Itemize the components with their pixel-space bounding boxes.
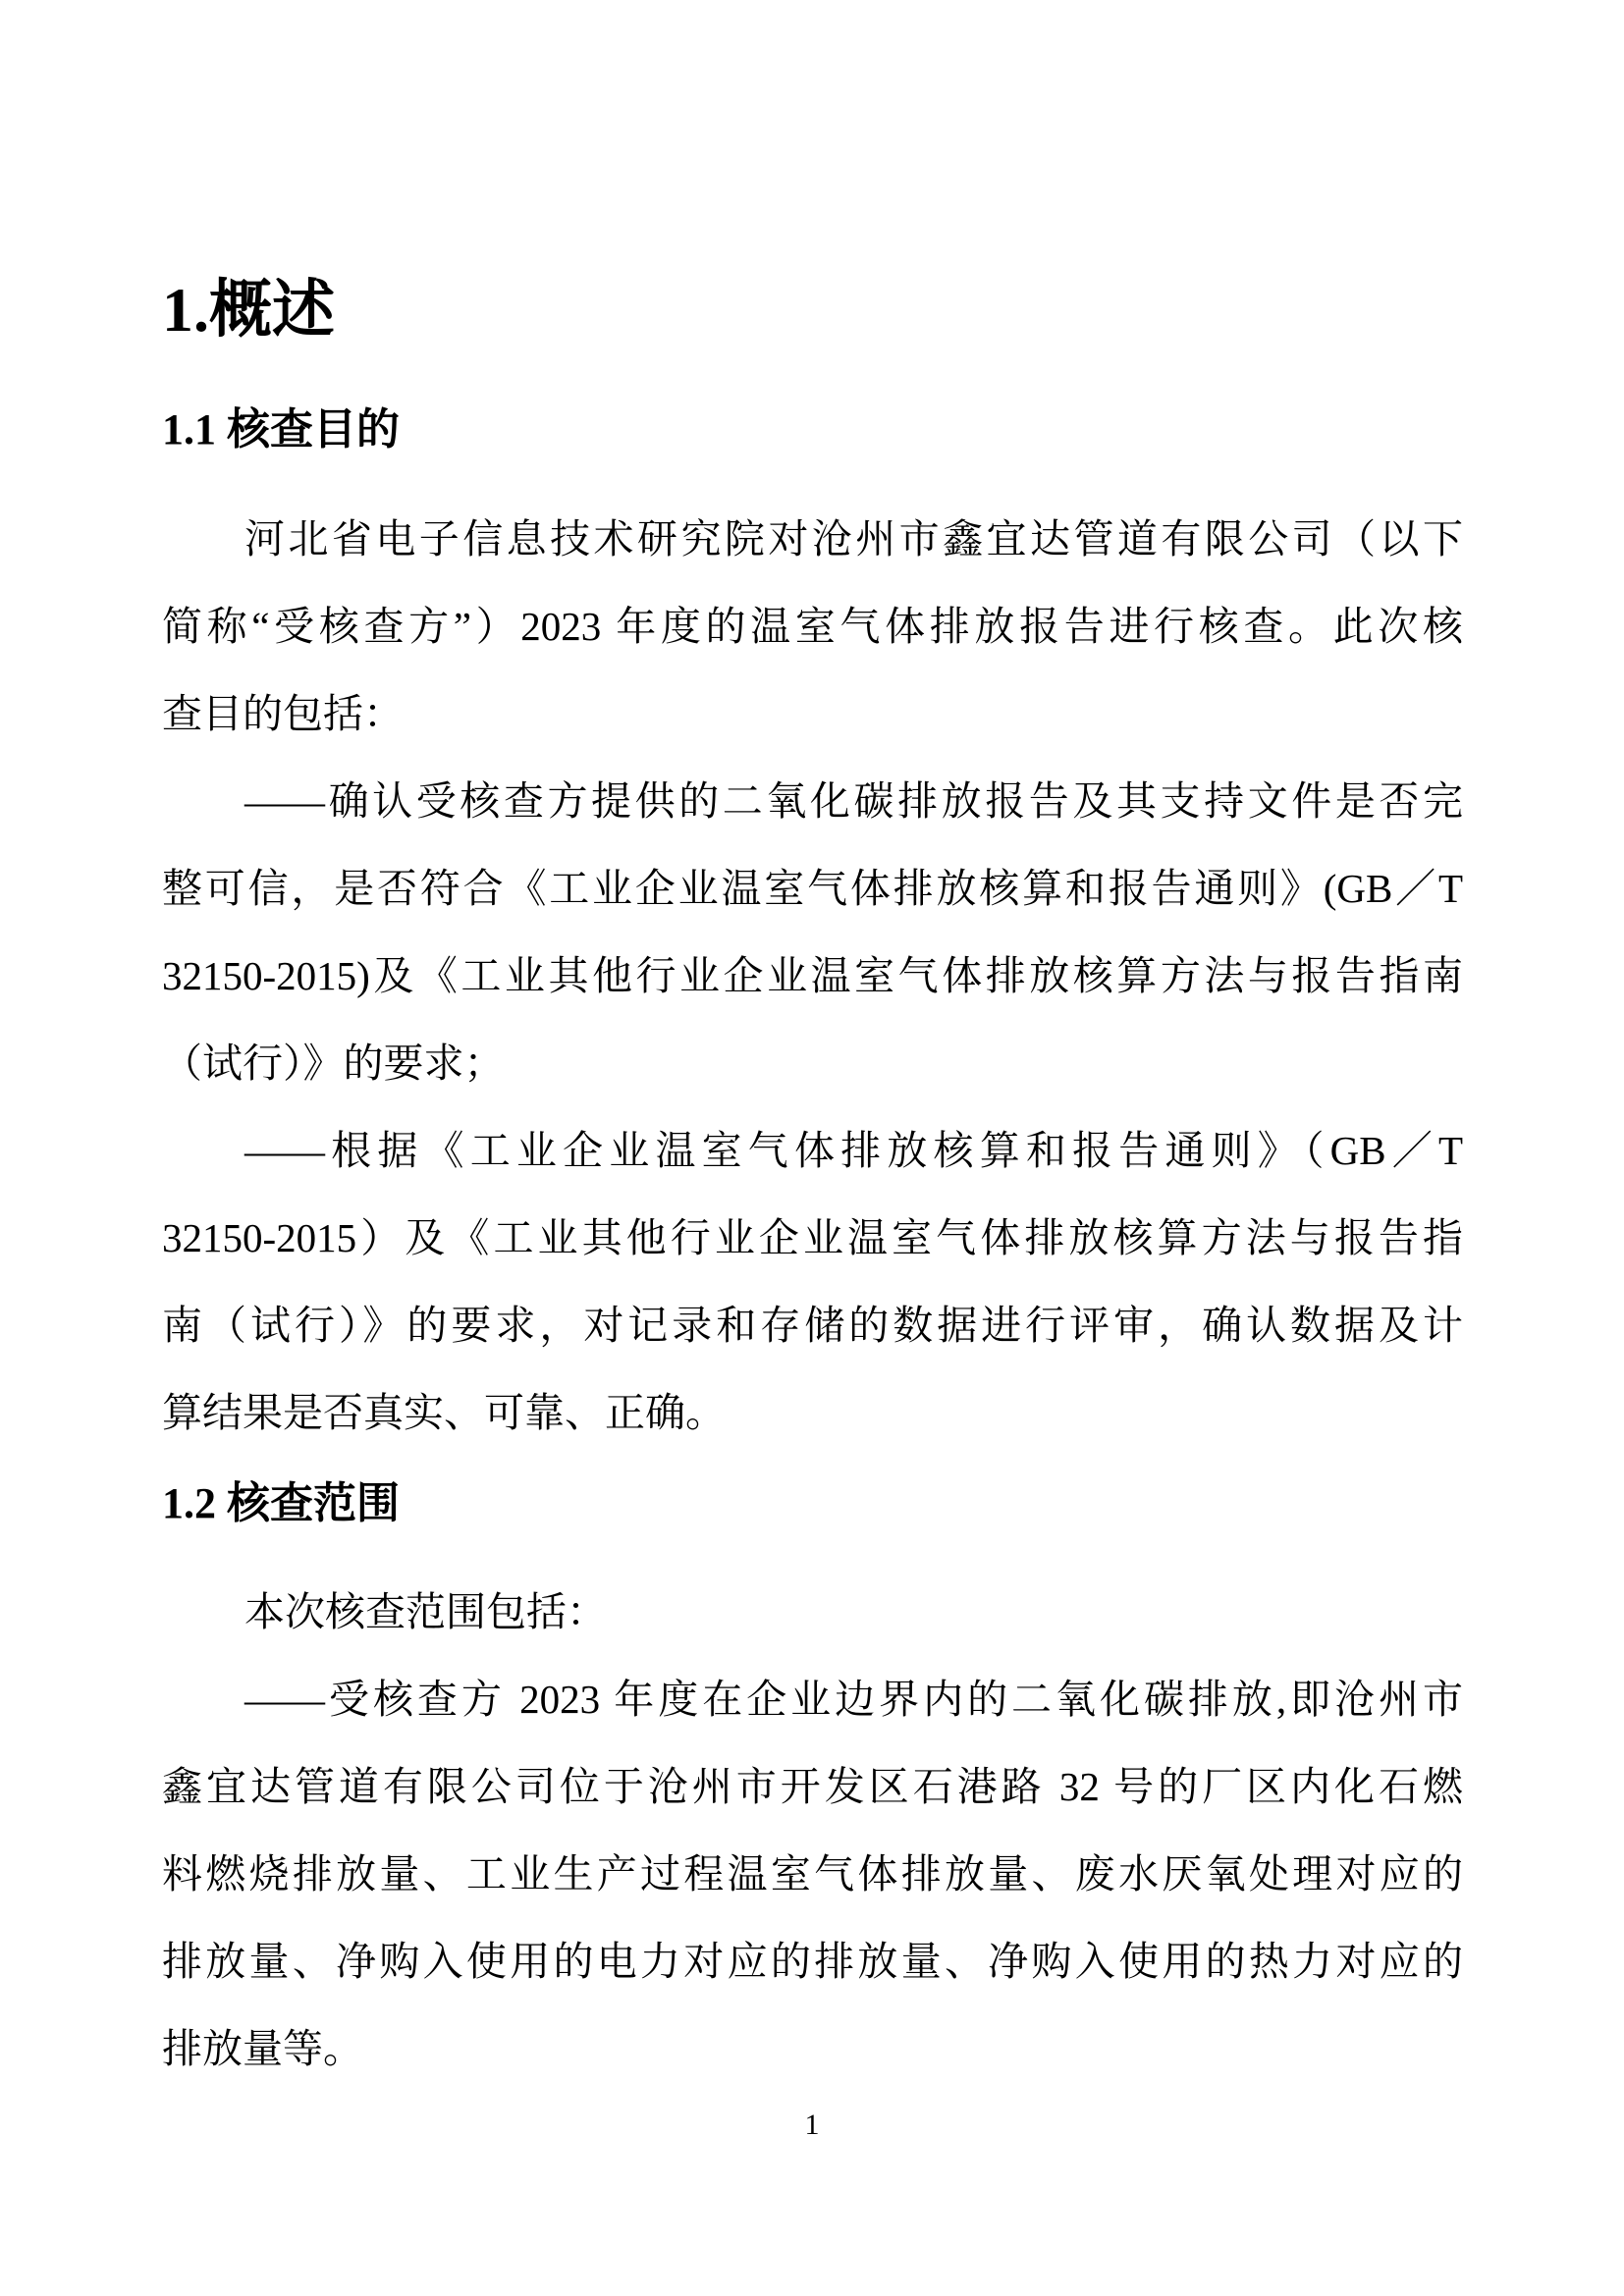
body-line: 排放量等。: [162, 2005, 1463, 2093]
body-line: 鑫宜达管道有限公司位于沧州市开发区石港路 32 号的厂区内化石燃: [162, 1743, 1463, 1831]
body-line: 排放量、净购入使用的电力对应的排放量、净购入使用的热力对应的: [162, 1918, 1463, 2005]
document-title: 1.概述: [162, 273, 1463, 347]
body-line: 整可信，是否符合《工业企业温室气体排放核算和报告通则》(GB／T: [162, 845, 1463, 933]
body-line: ——受核查方 2023 年度在企业边界内的二氧化碳排放,即沧州市: [162, 1656, 1463, 1743]
body-line: 算结果是否真实、可靠、正确。: [162, 1369, 1463, 1457]
body-line: ——确认受核查方提供的二氧化碳排放报告及其支持文件是否完: [162, 758, 1463, 845]
document-content: 1.概述 1.1 核查目的 河北省电子信息技术研究院对沧州市鑫宜达管道有限公司（…: [162, 0, 1463, 2093]
body-line: 简称“受核查方”）2023 年度的温室气体排放报告进行核查。此次核: [162, 583, 1463, 670]
paragraph: ——确认受核查方提供的二氧化碳排放报告及其支持文件是否完 整可信，是否符合《工业…: [162, 758, 1463, 1107]
paragraph: 河北省电子信息技术研究院对沧州市鑫宜达管道有限公司（以下 简称“受核查方”）20…: [162, 496, 1463, 758]
section-heading-1-2: 1.2 核查范围: [162, 1474, 1463, 1533]
body-line: 南（试行）》的要求，对记录和存储的数据进行评审，确认数据及计: [162, 1282, 1463, 1369]
body-line: 32150-2015）及《工业其他行业企业温室气体排放核算方法与报告指: [162, 1195, 1463, 1282]
section-heading-1-1: 1.1 核查目的: [162, 400, 1463, 459]
body-line: 料燃烧排放量、工业生产过程温室气体排放量、废水厌氧处理对应的: [162, 1831, 1463, 1918]
body-line: 河北省电子信息技术研究院对沧州市鑫宜达管道有限公司（以下: [162, 496, 1463, 583]
paragraph: ——根据《工业企业温室气体排放核算和报告通则》（GB／T 32150-2015）…: [162, 1107, 1463, 1457]
document-page: 1.概述 1.1 核查目的 河北省电子信息技术研究院对沧州市鑫宜达管道有限公司（…: [0, 0, 1624, 2296]
body-line: ——根据《工业企业温室气体排放核算和报告通则》（GB／T: [162, 1107, 1463, 1195]
page-number: 1: [0, 2110, 1624, 2140]
body-line: 本次核查范围包括：: [162, 1569, 1463, 1656]
body-line: 查目的包括：: [162, 670, 1463, 758]
paragraph: ——受核查方 2023 年度在企业边界内的二氧化碳排放,即沧州市 鑫宜达管道有限…: [162, 1656, 1463, 2093]
paragraph: 本次核查范围包括：: [162, 1569, 1463, 1656]
body-line: （试行）》的要求；: [162, 1020, 1463, 1107]
body-line: 32150-2015)及《工业其他行业企业温室气体排放核算方法与报告指南: [162, 933, 1463, 1020]
